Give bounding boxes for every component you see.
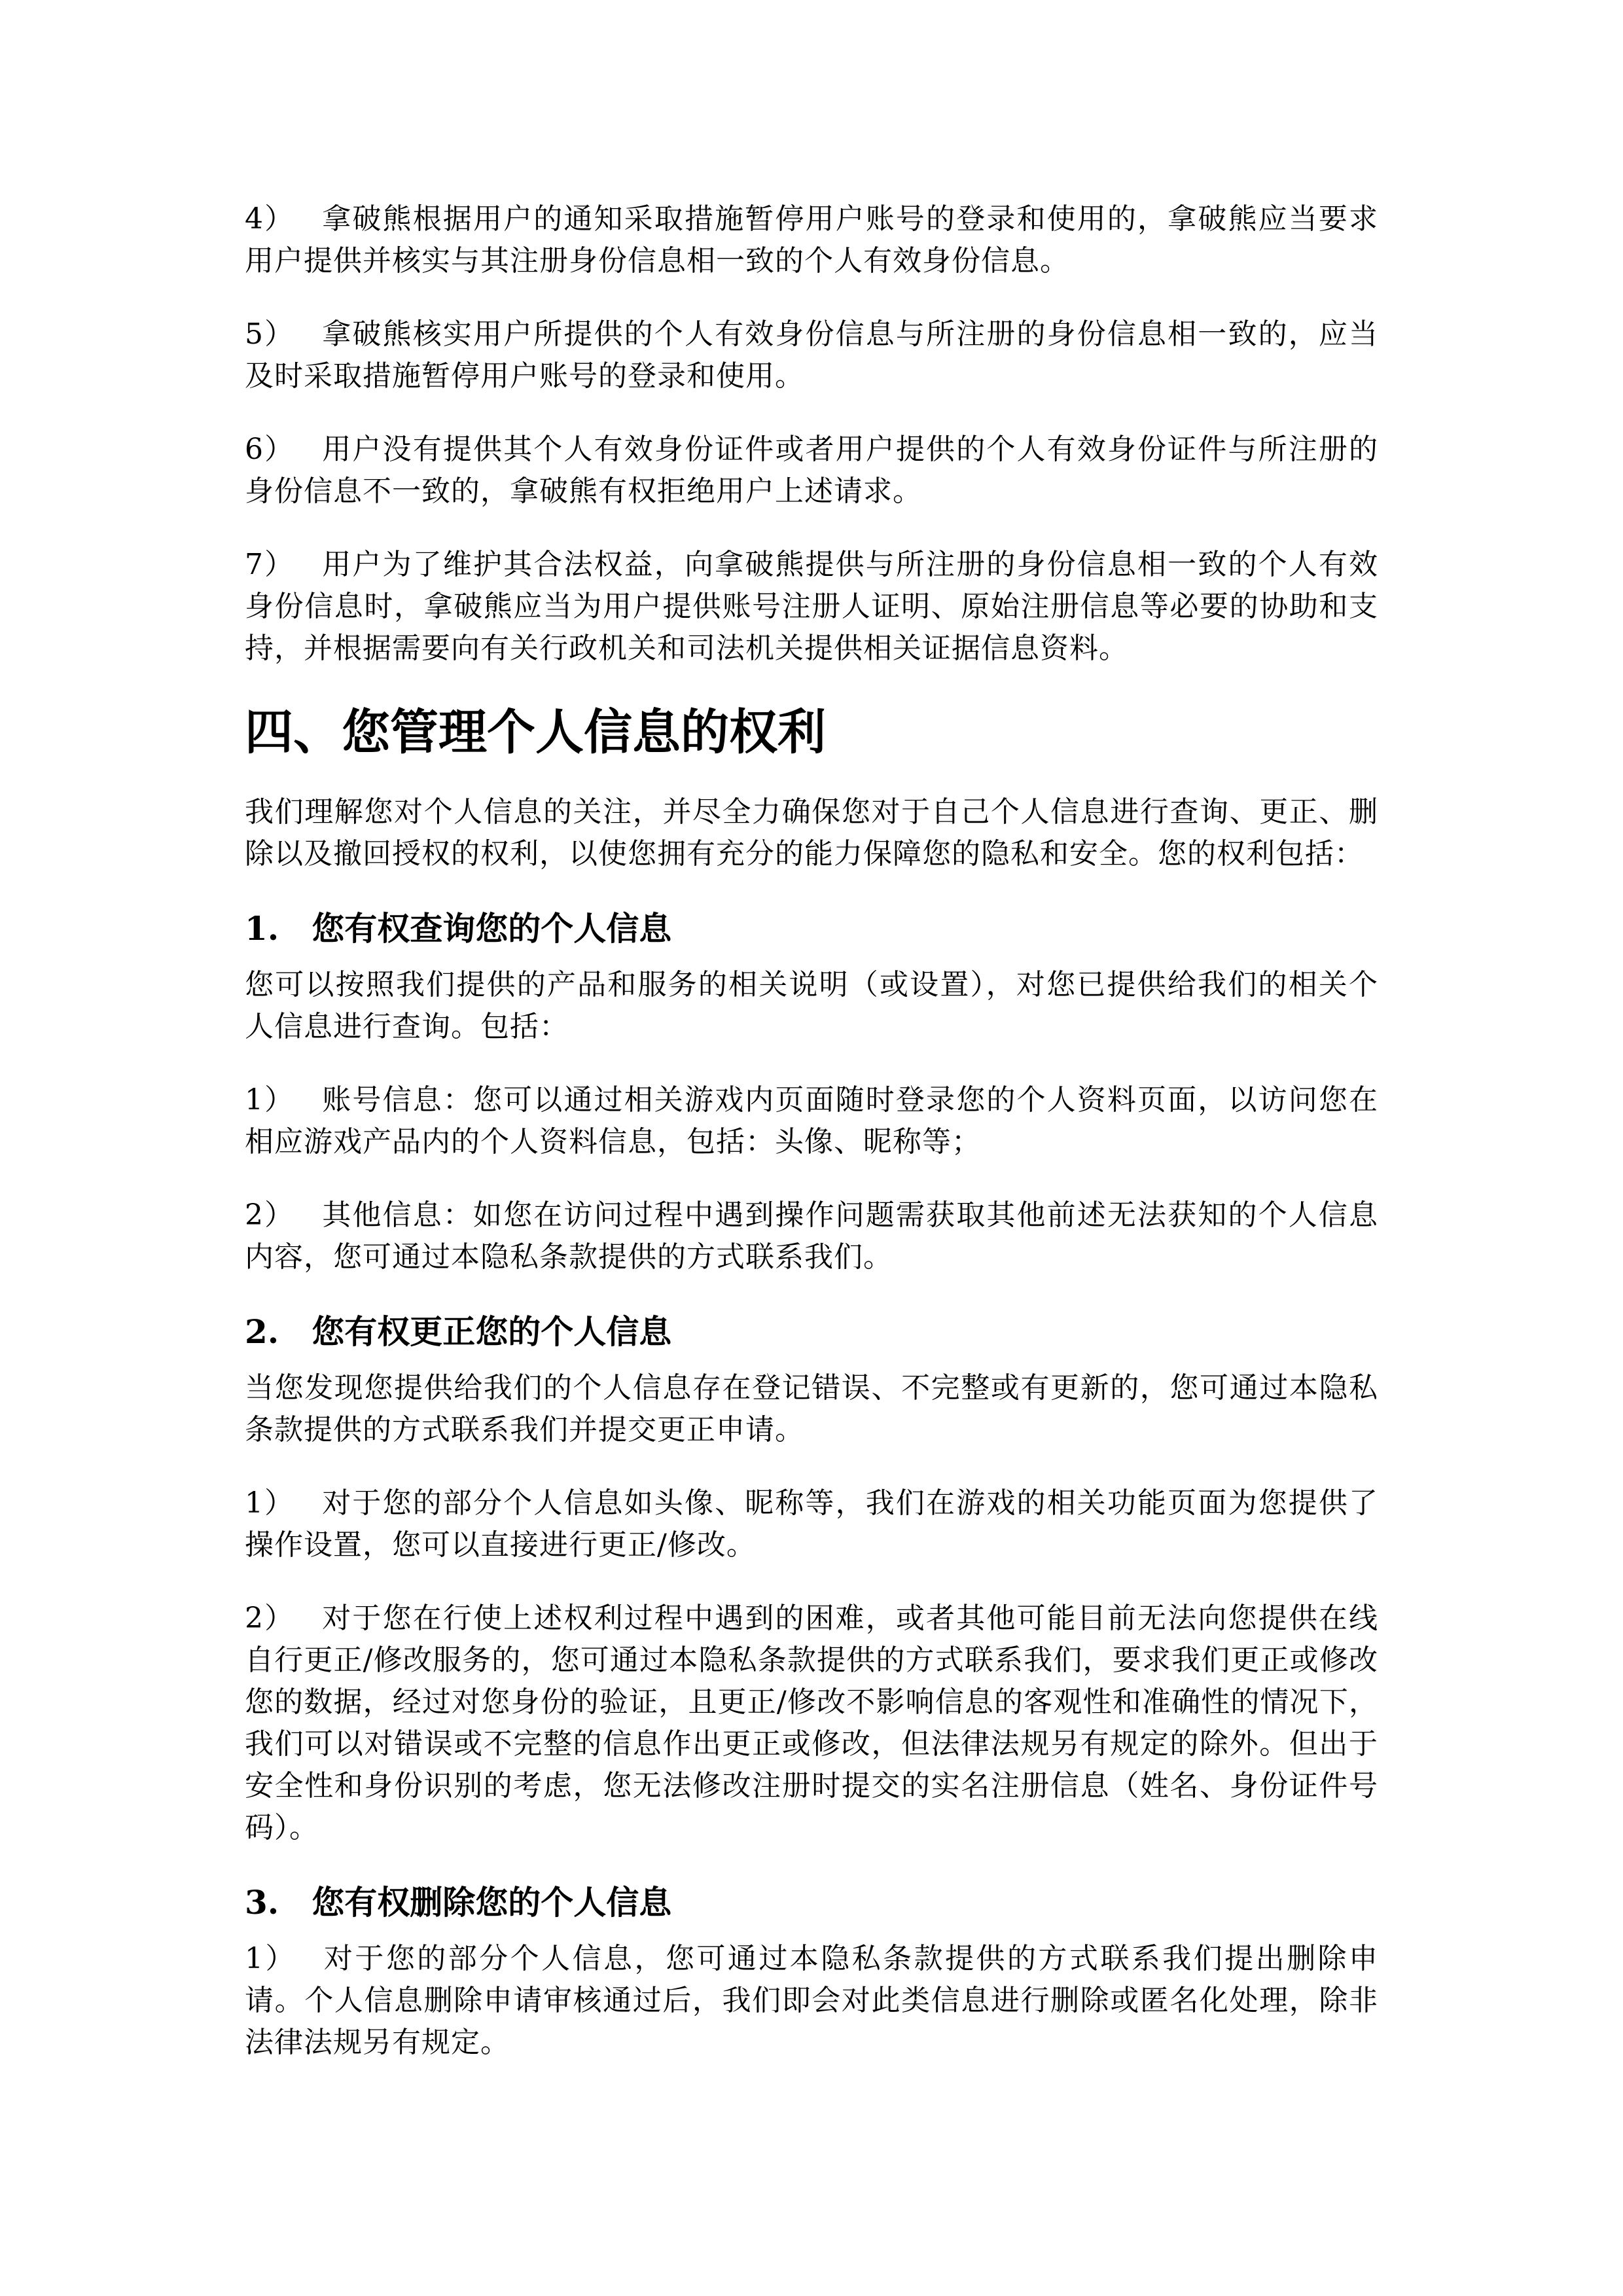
subsection-title: 您有权更正您的个人信息 <box>312 1312 671 1351</box>
clause-number: 2） <box>245 1198 294 1232</box>
paragraph-text: 我们理解您对个人信息的关注，并尽全力确保您对于自己个人信息进行查询、更正、删除以… <box>245 795 1378 870</box>
clause-number: 1） <box>245 1486 294 1520</box>
clause-number: 5） <box>245 317 294 351</box>
subsection-heading-3: 3.您有权删除您的个人信息 <box>245 1880 1378 1925</box>
clause-number: 4） <box>245 202 294 236</box>
subsection-heading-1: 1.您有权查询您的个人信息 <box>245 906 1378 951</box>
subsection-number: 2. <box>245 1312 279 1351</box>
clause-item-correct-2: 2）对于您在行使上述权利过程中遇到的困难，或者其他可能目前无法向您提供在线自行更… <box>245 1598 1378 1849</box>
section-intro-paragraph: 我们理解您对个人信息的关注，并尽全力确保您对于自己个人信息进行查询、更正、删除以… <box>245 791 1378 875</box>
subsection-number: 1. <box>245 909 279 948</box>
clause-item-correct-1: 1）对于您的部分个人信息如头像、昵称等，我们在游戏的相关功能页面为您提供了操作设… <box>245 1482 1378 1566</box>
clause-text: 对于您的部分个人信息，您可通过本隐私条款提供的方式联系我们提出删除申请。个人信息… <box>245 1942 1378 2059</box>
subsection-number: 3. <box>245 1883 279 1922</box>
section-heading-4: 四、您管理个人信息的权利 <box>245 701 1378 764</box>
clause-item-delete-1: 1）对于您的部分个人信息，您可通过本隐私条款提供的方式联系我们提出删除申请。个人… <box>245 1938 1378 2064</box>
subsection-heading-2: 2.您有权更正您的个人信息 <box>245 1310 1378 1354</box>
subsection-title: 您有权删除您的个人信息 <box>312 1883 671 1922</box>
subsection-title: 您有权查询您的个人信息 <box>312 909 671 948</box>
document-content: 4）拿破熊根据用户的通知采取措施暂停用户账号的登录和使用的，拿破熊应当要求用户提… <box>245 198 1378 2064</box>
clause-number: 1） <box>245 1942 296 1975</box>
clause-item-7: 7）用户为了维护其合法权益，向拿破熊提供与所注册的身份信息相一致的个人有效身份信… <box>245 544 1378 670</box>
paragraph-correct-intro: 当您发现您提供给我们的个人信息存在登记错误、不完整或有更新的，您可通过本隐私条款… <box>245 1367 1378 1451</box>
paragraph-query-intro: 您可以按照我们提供的产品和服务的相关说明（或设置），对您已提供给我们的相关个人信… <box>245 964 1378 1048</box>
clause-item-4: 4）拿破熊根据用户的通知采取措施暂停用户账号的登录和使用的，拿破熊应当要求用户提… <box>245 198 1378 282</box>
clause-text: 账号信息：您可以通过相关游戏内页面随时登录您的个人资料页面，以访问您在相应游戏产… <box>245 1083 1378 1158</box>
paragraph-text: 当您发现您提供给我们的个人信息存在登记错误、不完整或有更新的，您可通过本隐私条款… <box>245 1371 1378 1446</box>
paragraph-text: 您可以按照我们提供的产品和服务的相关说明（或设置），对您已提供给我们的相关个人信… <box>245 968 1378 1043</box>
clause-item-query-1: 1）账号信息：您可以通过相关游戏内页面随时登录您的个人资料页面，以访问您在相应游… <box>245 1079 1378 1163</box>
clause-number: 2） <box>245 1602 294 1635</box>
clause-item-query-2: 2）其他信息：如您在访问过程中遇到操作问题需获取其他前述无法获知的个人信息内容，… <box>245 1194 1378 1278</box>
clause-item-5: 5）拿破熊核实用户所提供的个人有效身份信息与所注册的身份信息相一致的，应当及时采… <box>245 314 1378 397</box>
clause-text: 拿破熊根据用户的通知采取措施暂停用户账号的登录和使用的，拿破熊应当要求用户提供并… <box>245 202 1378 278</box>
clause-text: 对于您在行使上述权利过程中遇到的困难，或者其他可能目前无法向您提供在线自行更正/… <box>245 1602 1378 1844</box>
document-page: 4）拿破熊根据用户的通知采取措施暂停用户账号的登录和使用的，拿破熊应当要求用户提… <box>0 0 1623 2296</box>
clause-text: 拿破熊核实用户所提供的个人有效身份信息与所注册的身份信息相一致的，应当及时采取措… <box>245 317 1378 393</box>
clause-item-6: 6）用户没有提供其个人有效身份证件或者用户提供的个人有效身份证件与所注册的身份信… <box>245 429 1378 512</box>
clause-number: 7） <box>245 548 294 581</box>
clause-number: 6） <box>245 433 294 466</box>
clause-text: 用户没有提供其个人有效身份证件或者用户提供的个人有效身份证件与所注册的身份信息不… <box>245 433 1378 508</box>
clause-text: 对于您的部分个人信息如头像、昵称等，我们在游戏的相关功能页面为您提供了操作设置，… <box>245 1486 1378 1562</box>
clause-number: 1） <box>245 1083 294 1117</box>
clause-text: 用户为了维护其合法权益，向拿破熊提供与所注册的身份信息相一致的个人有效身份信息时… <box>245 548 1378 665</box>
clause-text: 其他信息：如您在访问过程中遇到操作问题需获取其他前述无法获知的个人信息内容，您可… <box>245 1198 1378 1274</box>
